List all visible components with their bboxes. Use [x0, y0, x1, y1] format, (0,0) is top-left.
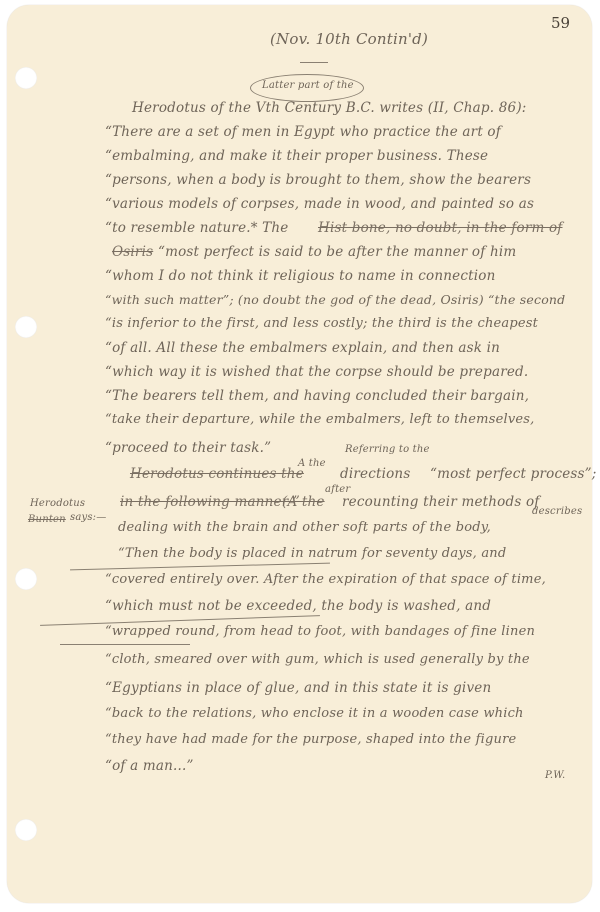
punch-hole — [15, 819, 37, 841]
insertion-describing: describes — [532, 506, 582, 517]
text-line-18: dealing with the brain and other soft pa… — [118, 520, 491, 535]
text-line-14: “take their departure, while the embalme… — [105, 412, 534, 427]
text-line-13: “The bearers tell them, and having concl… — [105, 388, 529, 404]
insertion-referring: Referring to the — [345, 444, 430, 455]
text-line-12: “which way it is wished that the corpse … — [105, 364, 528, 380]
pencil-stroke — [60, 644, 190, 645]
page-number: 59 — [551, 14, 570, 32]
text-line-10: “is inferior to the first, and less cost… — [105, 316, 538, 331]
text-line-5: “various models of corpses, made in wood… — [105, 196, 534, 212]
struck-text: in the following manner ” — [120, 494, 300, 510]
initials: P.W. — [545, 770, 565, 781]
text-line-22: “wrapped round, from head to foot, with … — [105, 624, 535, 639]
circled-annotation: Latter part of the — [262, 80, 354, 91]
insertion-directions: directions — [340, 466, 410, 482]
struck-text: Herodotus continues the — [130, 466, 304, 482]
struck-text: (A the — [282, 494, 325, 510]
text-line-6: “to resemble nature.* The — [105, 220, 288, 236]
text-line-19: “Then the body is placed in natrum for s… — [118, 546, 506, 561]
text-line-7: “most perfect is said to be after the ma… — [158, 244, 516, 260]
punch-hole — [15, 316, 37, 338]
text-line-1: Herodotus of the Vth Century B.C. writes… — [132, 100, 527, 116]
text-line-23: “cloth, smeared over with gum, which is … — [105, 652, 530, 667]
text-line-20: “covered entirely over. After the expira… — [105, 572, 546, 587]
text-line-16: “most perfect process”; — [430, 466, 597, 482]
text-line-3: “embalming, and make it their proper bus… — [105, 148, 488, 164]
text-line-11: “of all. All these the embalmers explain… — [105, 340, 500, 356]
text-line-2: “There are a set of men in Egypt who pra… — [105, 124, 501, 140]
margin-note-herodotus: Herodotus — [30, 498, 85, 509]
struck-text: Hist bone, no doubt, in the form of — [318, 220, 563, 236]
text-line-17: recounting their methods of — [342, 494, 540, 510]
text-line-9: “with such matter”; (no doubt the god of… — [105, 292, 565, 307]
punch-hole — [15, 568, 37, 590]
struck-text: Osiris — [112, 244, 153, 260]
margin-note-says: says:— — [70, 512, 106, 523]
header-underline — [300, 62, 328, 63]
text-line-4: “persons, when a body is brought to them… — [105, 172, 531, 188]
text-line-21: “which must not be exceeded, the body is… — [105, 598, 491, 614]
page-header: (Nov. 10th Contin'd) — [270, 30, 428, 48]
punch-hole — [15, 67, 37, 89]
text-line-24: “Egyptians in place of glue, and in this… — [105, 680, 491, 696]
text-line-8: “whom I do not think it religious to nam… — [105, 268, 495, 284]
text-line-26: “they have had made for the purpose, sha… — [105, 732, 516, 747]
text-line-27: “of a man...” — [105, 758, 194, 774]
text-line-15: “proceed to their task.” — [105, 440, 271, 456]
margin-struck: Bunten — [28, 514, 66, 525]
text-line-25: “back to the relations, who enclose it i… — [105, 706, 524, 721]
